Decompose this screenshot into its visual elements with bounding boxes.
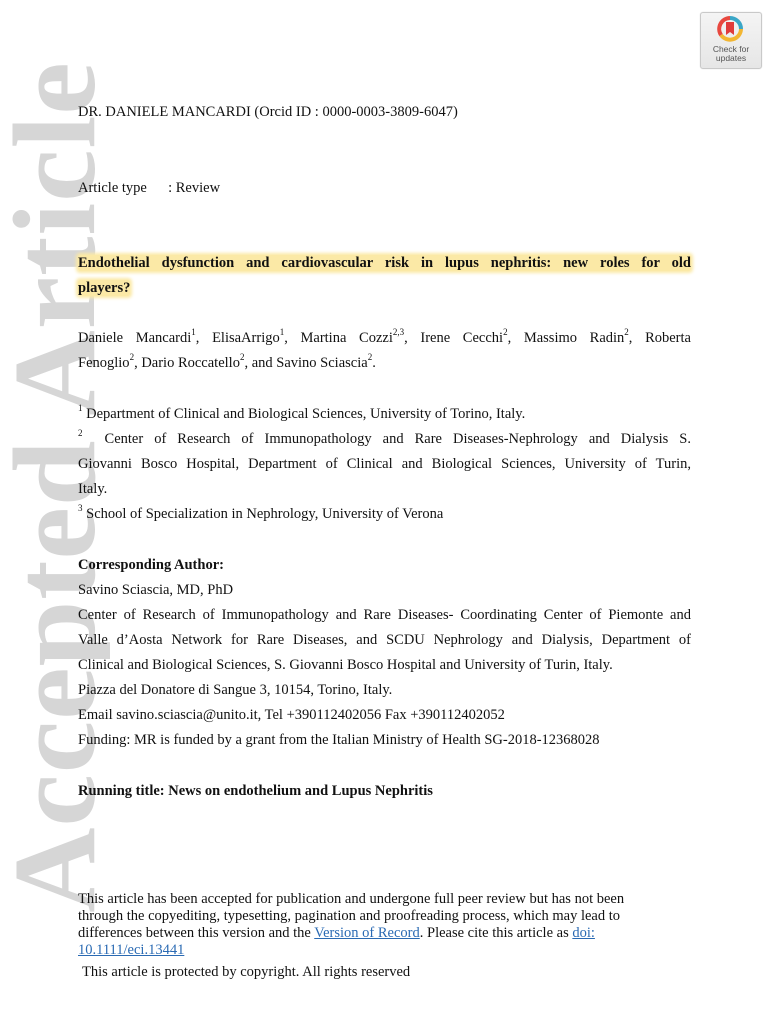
crossmark-icon — [717, 16, 743, 42]
author-list: Daniele Mancardi1, ElisaArrigo1, Martina… — [78, 326, 691, 376]
title-line-1: Endothelial dysfunction and cardiovascul… — [78, 255, 691, 271]
affiliation-2: 2 Center of Research of Immunopathology … — [78, 427, 691, 452]
running-title: Running title: News on endothelium and L… — [78, 779, 691, 804]
affiliation-3: 3 School of Specialization in Nephrology… — [78, 502, 691, 527]
corresponding-heading: Corresponding Author: — [78, 553, 691, 578]
acceptance-notice: This article has been accepted for publi… — [78, 891, 658, 981]
corresponding-name: Savino Sciascia, MD, PhD — [78, 578, 691, 603]
doi-link-continued[interactable]: 10.1111/eci.13441 — [78, 942, 184, 958]
badge-label: Check for updates — [701, 45, 761, 63]
check-for-updates-badge[interactable]: Check for updates — [700, 12, 762, 69]
doi-link[interactable]: doi: — [572, 925, 595, 941]
corresponding-author: Corresponding Author: Savino Sciascia, M… — [78, 553, 691, 753]
affiliation-1: 1 Department of Clinical and Biological … — [78, 402, 691, 427]
article-type-value: : Review — [168, 180, 220, 196]
affiliations: 1 Department of Clinical and Biological … — [78, 402, 691, 527]
article-title: Endothelial dysfunction and cardiovascul… — [78, 251, 691, 301]
version-of-record-link[interactable]: Version of Record — [314, 925, 420, 941]
copyright-notice: This article is protected by copyright. … — [78, 964, 658, 981]
title-line-2: players? — [78, 280, 130, 296]
contact-info: Email savino.sciascia@unito.it, Tel +390… — [78, 703, 691, 728]
article-type: Article type : Review — [78, 176, 691, 201]
street-address: Piazza del Donatore di Sangue 3, 10154, … — [78, 678, 691, 703]
author-orcid-line: DR. DANIELE MANCARDI (Orcid ID : 0000-00… — [78, 100, 691, 125]
article-type-label: Article type — [78, 180, 147, 196]
funding: Funding: MR is funded by a grant from th… — [78, 728, 691, 753]
